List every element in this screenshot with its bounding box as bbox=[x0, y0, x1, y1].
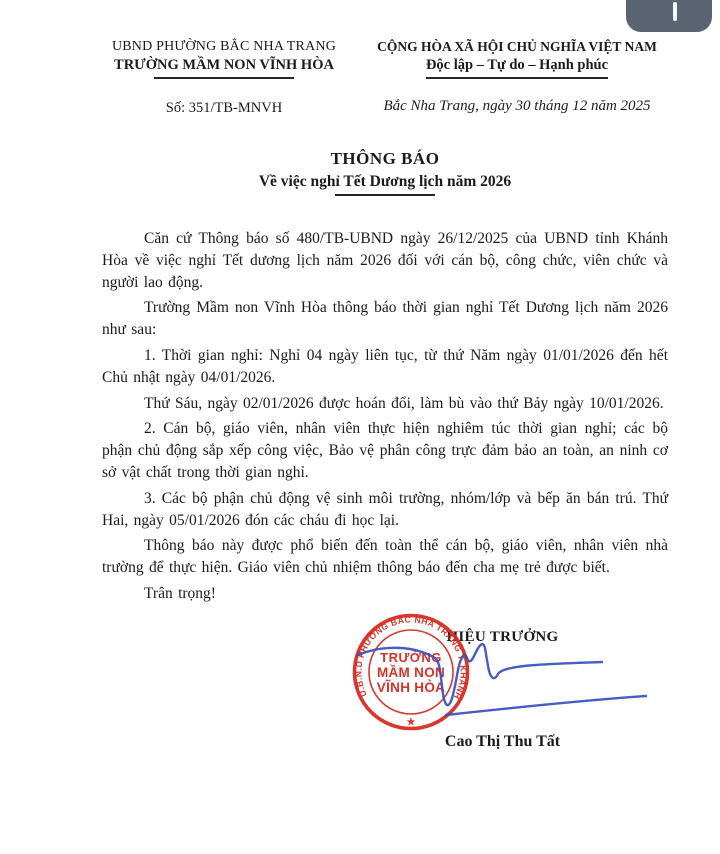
title-block: THÔNG BÁO Về việc nghỉ Tết Dương lịch nă… bbox=[102, 149, 668, 196]
body-paragraph: Thông báo này được phổ biến đến toàn thể… bbox=[102, 535, 668, 579]
national-motto-line1: CỘNG HÒA XÃ HỘI CHỦ NGHĨA VIỆT NAM bbox=[364, 38, 670, 56]
body-paragraph: Căn cứ Thông báo số 480/TB-UBND ngày 26/… bbox=[102, 228, 668, 293]
issuing-authority: UBND PHƯỜNG BẮC NHA TRANG bbox=[98, 38, 350, 56]
document-title: THÔNG BÁO bbox=[102, 149, 668, 169]
floating-handle[interactable] bbox=[626, 0, 712, 32]
title-underline bbox=[335, 194, 435, 196]
national-motto-line2: Độc lập – Tự do – Hạnh phúc bbox=[364, 56, 670, 75]
header-left-column: UBND PHƯỜNG BẮC NHA TRANG TRƯỜNG MẦM NON… bbox=[98, 38, 350, 117]
school-name: TRƯỜNG MẦM NON VĨNH HÒA bbox=[98, 56, 350, 75]
document-page: UBND PHƯỜNG BẮC NHA TRANG TRƯỜNG MẦM NON… bbox=[0, 0, 720, 854]
body-paragraph: 1. Thời gian nghỉ: Nghỉ 04 ngày liên tục… bbox=[102, 345, 668, 389]
signature-stroke-main bbox=[358, 644, 602, 705]
document-body: Căn cứ Thông báo số 480/TB-UBND ngày 26/… bbox=[102, 228, 668, 609]
school-name-underline bbox=[154, 77, 294, 79]
body-paragraph: Trân trọng! bbox=[102, 583, 668, 605]
document-subtitle: Về việc nghỉ Tết Dương lịch năm 2026 bbox=[102, 173, 668, 191]
document-number: Số: 351/TB-MNVH bbox=[98, 100, 350, 117]
signature-ink bbox=[340, 608, 685, 738]
body-paragraph: Trường Mầm non Vĩnh Hòa thông báo thời g… bbox=[102, 297, 668, 341]
body-paragraph: 3. Các bộ phận chủ động vệ sinh môi trườ… bbox=[102, 488, 668, 532]
body-paragraph: 2. Cán bộ, giáo viên, nhân viên thực hiệ… bbox=[102, 418, 668, 483]
place-date-line: Bắc Nha Trang, ngày 30 tháng 12 năm 2025 bbox=[364, 98, 670, 115]
signature-stroke-underline bbox=[446, 696, 646, 715]
header-right-column: CỘNG HÒA XÃ HỘI CHỦ NGHĨA VIỆT NAM Độc l… bbox=[364, 38, 670, 115]
handle-bar-icon bbox=[673, 2, 677, 21]
body-paragraph: Thứ Sáu, ngày 02/01/2026 được hoán đổi, … bbox=[102, 393, 668, 415]
motto-underline bbox=[426, 77, 608, 79]
